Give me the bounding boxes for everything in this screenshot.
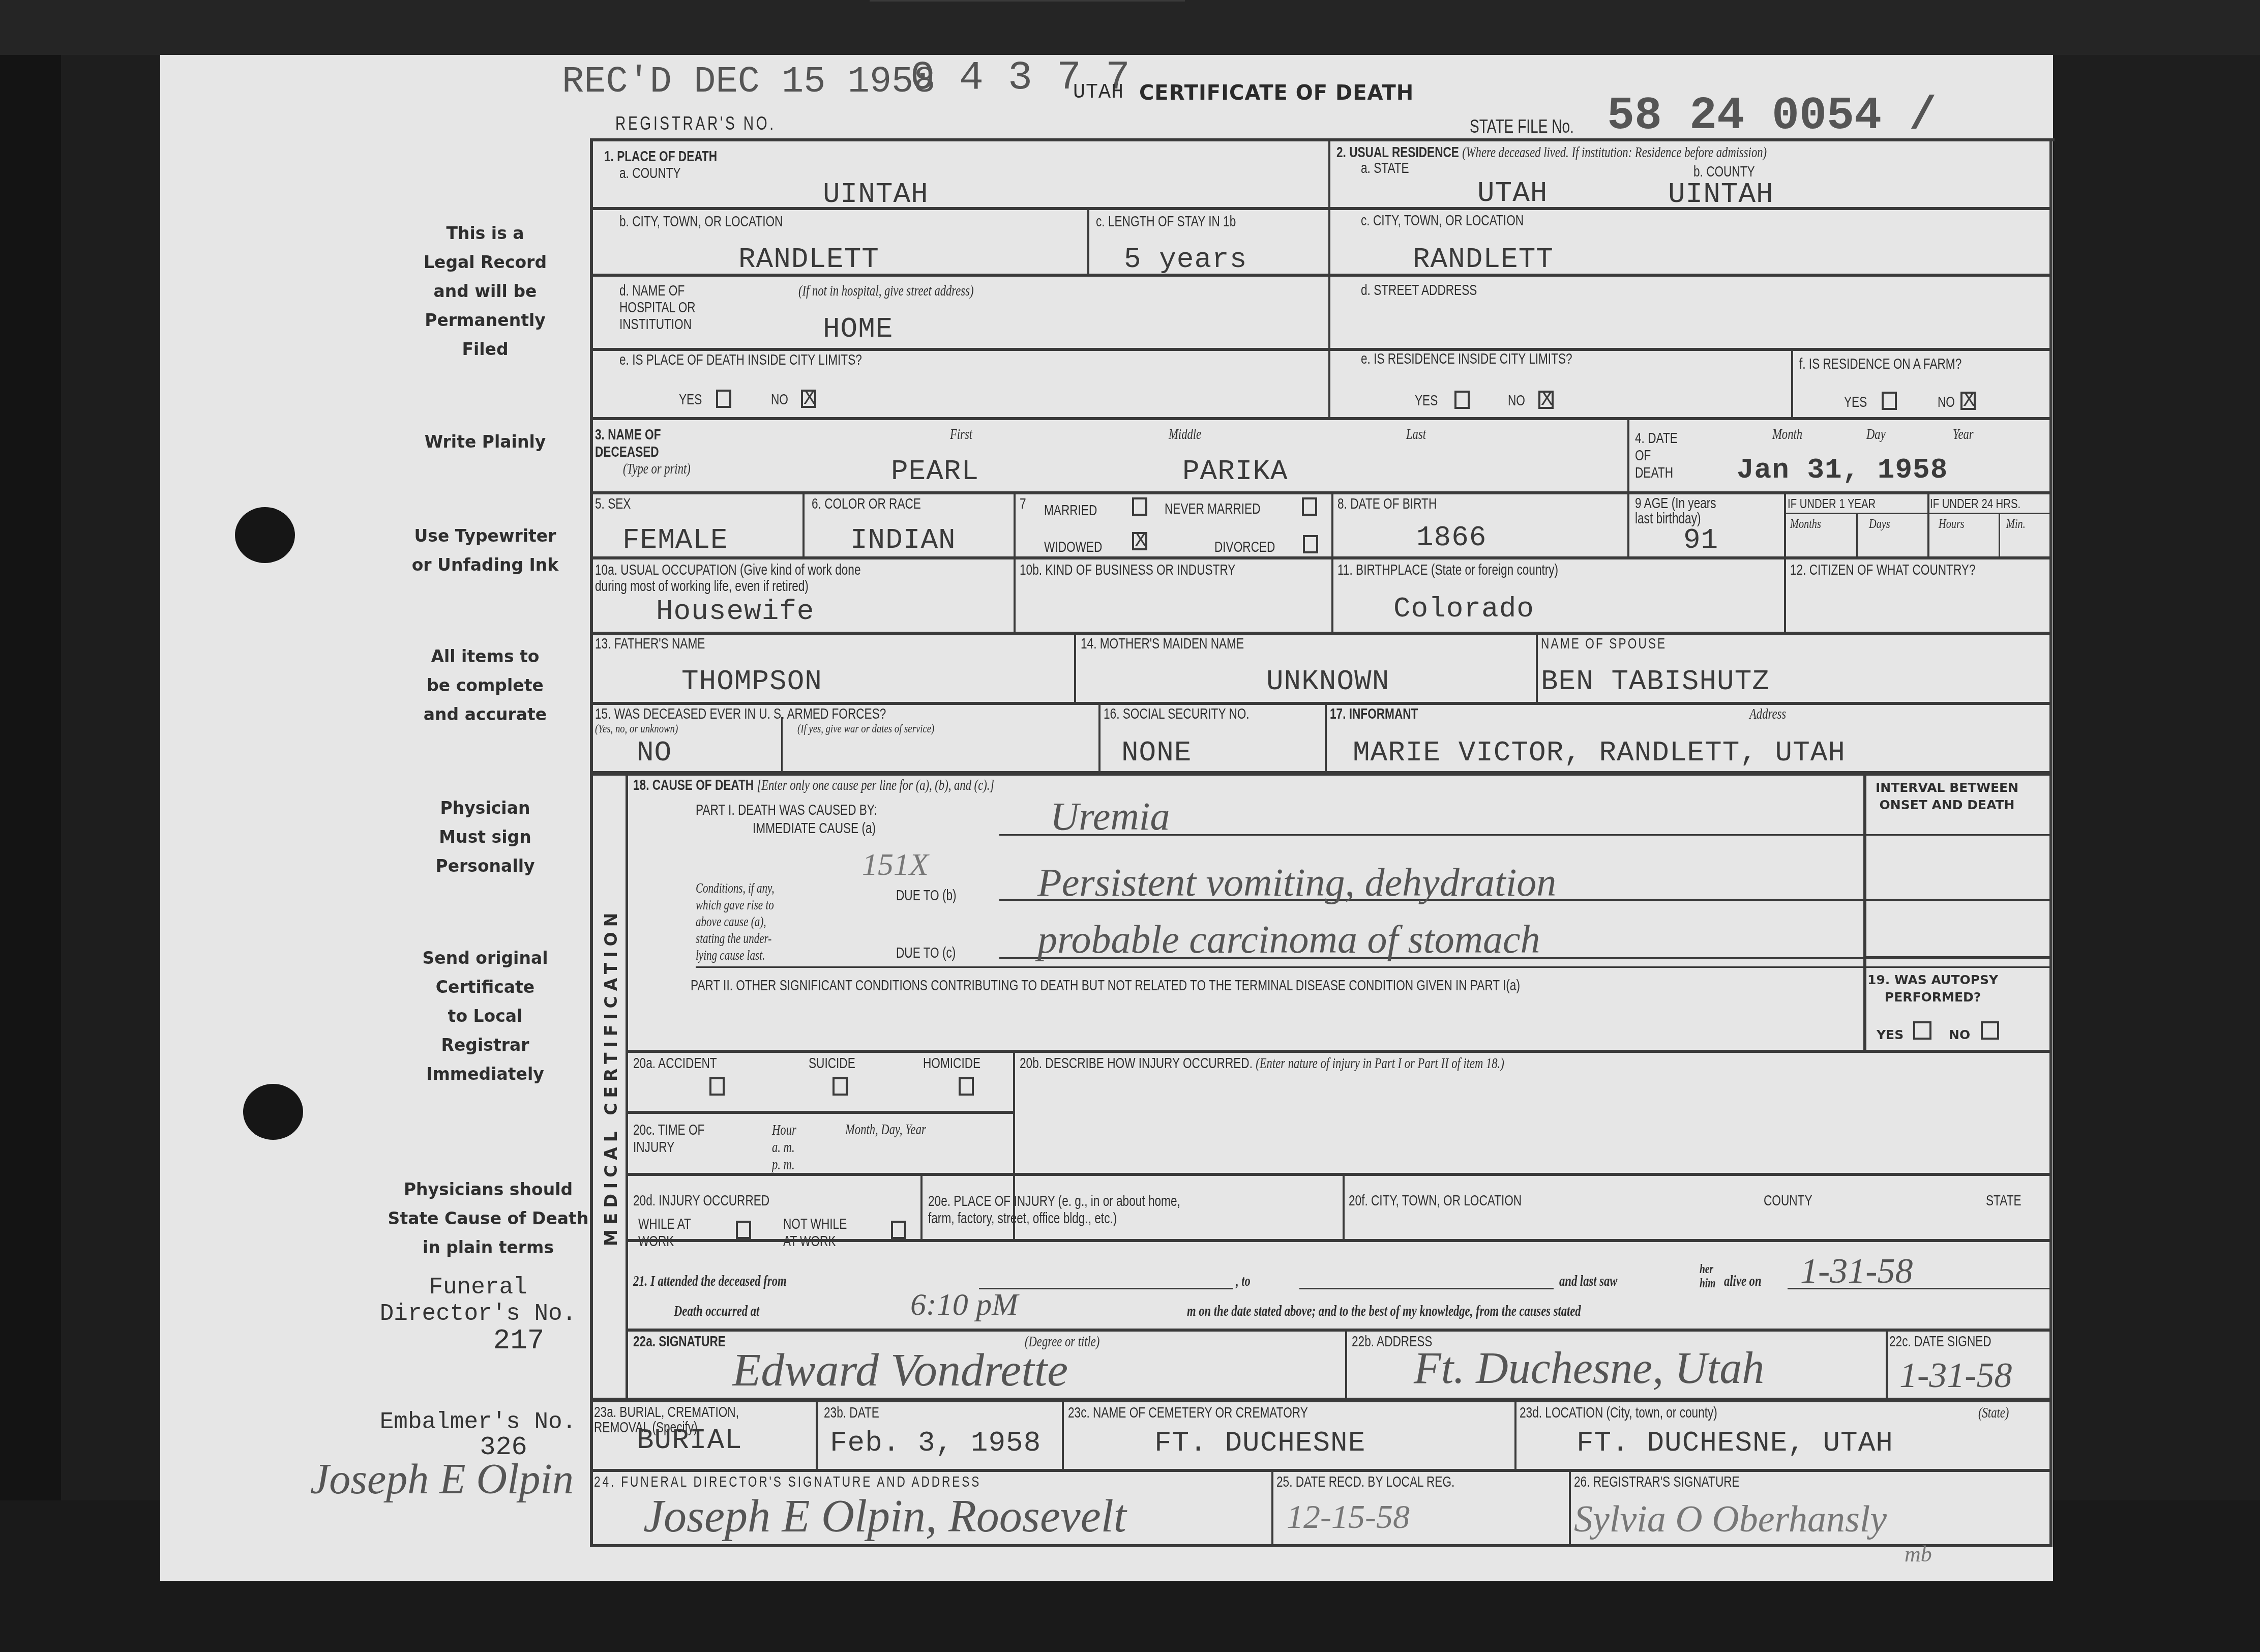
interval-label: INTERVAL BETWEEN ONSET AND DEATH bbox=[1876, 779, 2018, 814]
type-or-print-note: (Type or print) bbox=[623, 461, 691, 478]
burial-state-label: (State) bbox=[1978, 1405, 2009, 1422]
father-name: THOMPSON bbox=[681, 665, 822, 698]
row-line bbox=[626, 1239, 2053, 1242]
homicide-checkbox[interactable] bbox=[959, 1077, 974, 1096]
res-city-label: c. CITY, TOWN, OR LOCATION bbox=[1361, 213, 1524, 229]
part-1-label: PART I. DEATH WAS CAUSED BY: bbox=[696, 802, 877, 819]
note-physician-sign: Physician Must sign Personally bbox=[383, 793, 587, 880]
father-label: 13. FATHER'S NAME bbox=[595, 636, 705, 653]
divider bbox=[1569, 1469, 1571, 1545]
death-occurred-text: m on the date stated above; and to the b… bbox=[1187, 1303, 1581, 1320]
attended-text-2: , to bbox=[1236, 1273, 1251, 1290]
divider bbox=[1345, 1329, 1347, 1400]
date-of-death-label: 4. DATE OF DEATH bbox=[1635, 430, 1678, 482]
signature-label: 22a. SIGNATURE bbox=[633, 1334, 726, 1350]
time-of-injury-label: 20c. TIME OF INJURY bbox=[633, 1122, 704, 1156]
interval-divider bbox=[1863, 773, 1866, 1053]
age: 91 bbox=[1683, 524, 1718, 556]
divider bbox=[1999, 513, 2000, 556]
divider bbox=[1627, 491, 1629, 556]
row-line bbox=[590, 771, 2053, 776]
days-label: Days bbox=[1869, 516, 1890, 532]
row-line bbox=[590, 556, 2053, 559]
date-received-label: 25. DATE RECD. BY LOCAL REG. bbox=[1276, 1474, 1454, 1491]
spouse-label: NAME OF SPOUSE bbox=[1541, 636, 1667, 653]
divider bbox=[816, 1400, 818, 1471]
sex-label: 5. SEX bbox=[595, 496, 631, 513]
social-security-no: NONE bbox=[1121, 736, 1192, 769]
never-married-label: NEVER MARRIED bbox=[1165, 501, 1261, 518]
no-label: NO bbox=[1508, 393, 1525, 409]
autopsy-no-label: NO bbox=[1949, 1027, 1970, 1042]
immediate-cause: Uremia bbox=[1050, 793, 1170, 839]
title-prefix: UTAH bbox=[1073, 81, 1124, 104]
cemetery-label: 23c. NAME OF CEMETERY OR CREMATORY bbox=[1068, 1405, 1308, 1422]
due-to-b: Persistent vomiting, dehydration bbox=[1037, 860, 1556, 905]
death-time: 6:10 pM bbox=[910, 1287, 1018, 1323]
death-city-limits-yes-checkbox[interactable] bbox=[716, 390, 731, 408]
first-label: First bbox=[950, 426, 972, 443]
row-line bbox=[626, 1050, 2053, 1053]
injury-occurred-label: 20d. INJURY OCCURRED bbox=[633, 1193, 769, 1209]
armed-forces-note-2: (If yes, give war or dates of service) bbox=[797, 722, 934, 736]
date-signed: 1-31-58 bbox=[1899, 1355, 2012, 1396]
first-name: PEARL bbox=[891, 455, 979, 488]
cemetery-name: FT. DUCHESNE bbox=[1154, 1427, 1365, 1459]
accident-label: 20a. ACCIDENT bbox=[633, 1055, 717, 1072]
divider bbox=[1927, 491, 1929, 556]
res-state-label: a. STATE bbox=[1361, 160, 1409, 177]
divider bbox=[1343, 1173, 1345, 1239]
note-write-plainly: Write Plainly bbox=[383, 427, 587, 456]
birthplace: Colorado bbox=[1393, 593, 1534, 625]
suicide-checkbox[interactable] bbox=[832, 1077, 848, 1096]
injury-state-label: STATE bbox=[1986, 1193, 2021, 1209]
form-border-bottom bbox=[590, 1544, 2053, 1547]
place-of-injury-label: 20e. PLACE OF INJURY (e. g., in or about… bbox=[928, 1193, 1180, 1227]
hospital-name: HOME bbox=[823, 313, 893, 345]
hours-label: Hours bbox=[1939, 516, 1965, 532]
suicide-label: SUICIDE bbox=[809, 1055, 855, 1072]
not-while-at-work-label: NOT WHILE AT WORK bbox=[783, 1216, 847, 1250]
divider bbox=[1514, 1400, 1516, 1471]
registrar-signature-label: 26. REGISTRAR'S SIGNATURE bbox=[1574, 1474, 1740, 1491]
divorced-checkbox[interactable] bbox=[1303, 535, 1318, 553]
death-city-limits-no-checkbox[interactable] bbox=[801, 390, 816, 408]
divider bbox=[781, 717, 783, 773]
row-line bbox=[1784, 513, 2053, 514]
res-city-limits-label: e. IS RESIDENCE INSIDE CITY LIMITS? bbox=[1361, 351, 1572, 368]
yes-label: YES bbox=[679, 392, 702, 408]
cause-code-mark: 151X bbox=[862, 847, 929, 883]
divider bbox=[1331, 556, 1333, 634]
autopsy-yes-checkbox[interactable] bbox=[1913, 1021, 1931, 1040]
row-line bbox=[626, 1173, 2053, 1176]
row-line bbox=[590, 491, 2053, 494]
homicide-label: HOMICIDE bbox=[923, 1055, 980, 1072]
burial-location: FT. DUCHESNE, UTAH bbox=[1577, 1427, 1893, 1459]
armed-forces-label: 15. WAS DECEASED EVER IN U. S. ARMED FOR… bbox=[595, 706, 886, 723]
month-day-year-label: Month, Day, Year bbox=[845, 1122, 926, 1138]
divider bbox=[1784, 556, 1786, 634]
injury-desc-label: 20b. DESCRIBE HOW INJURY OCCURRED. (Ente… bbox=[1020, 1055, 1504, 1072]
row-line bbox=[590, 417, 2053, 420]
row-line bbox=[590, 1398, 2053, 1402]
under-1-year-label: IF UNDER 1 YEAR bbox=[1788, 496, 1876, 512]
last-label: Last bbox=[1406, 426, 1426, 443]
funeral-director-no: 217 bbox=[442, 1327, 595, 1354]
res-street-label: d. STREET ADDRESS bbox=[1361, 282, 1477, 299]
farm-yes-checkbox[interactable] bbox=[1882, 392, 1897, 410]
city-label: b. CITY, TOWN, OR LOCATION bbox=[619, 214, 783, 230]
farm-label: f. IS RESIDENCE ON A FARM? bbox=[1799, 356, 1961, 373]
autopsy-no-checkbox[interactable] bbox=[1981, 1021, 1999, 1040]
death-city: RANDLETT bbox=[738, 243, 879, 276]
part-2-label: PART II. OTHER SIGNIFICANT CONDITIONS CO… bbox=[691, 978, 1520, 994]
punch-hole-bottom bbox=[243, 1084, 303, 1140]
middle-label: Middle bbox=[1169, 426, 1201, 443]
burial-date: Feb. 3, 1958 bbox=[830, 1427, 1041, 1459]
divider bbox=[802, 491, 805, 556]
divider bbox=[1271, 1469, 1273, 1545]
death-city-limits-label: e. IS PLACE OF DEATH INSIDE CITY LIMITS? bbox=[619, 352, 862, 369]
length-of-stay: 5 years bbox=[1124, 243, 1247, 276]
res-county: UINTAH bbox=[1668, 178, 1774, 211]
form-border-top bbox=[590, 138, 2055, 141]
row-line bbox=[1863, 956, 2053, 958]
widowed-checkbox[interactable] bbox=[1132, 532, 1147, 550]
cause-of-death-label: 18. CAUSE OF DEATH [Enter only one cause… bbox=[633, 777, 994, 794]
ssn-label: 16. SOCIAL SECURITY NO. bbox=[1104, 706, 1250, 723]
state-file-number: 58 24 0054 / bbox=[1607, 91, 1937, 142]
row-line bbox=[590, 632, 2053, 635]
day-label: Day bbox=[1866, 426, 1886, 443]
armed-forces-note-1: (Yes, no, or unknown) bbox=[595, 722, 678, 736]
certificate-title: CERTIFICATE OF DEATH bbox=[1139, 81, 1414, 105]
funeral-director-label: 24. FUNERAL DIRECTOR'S SIGNATURE AND ADD… bbox=[594, 1474, 981, 1491]
res-city-limits-yes-checkbox[interactable] bbox=[1454, 391, 1470, 409]
note-send-original: Send original Certificate to Local Regis… bbox=[383, 943, 587, 1088]
mother-name: UNKNOWN bbox=[1266, 665, 1389, 698]
embalmer-signature: Joseph E Olpin bbox=[310, 1455, 574, 1504]
spouse-name: BEN TABISHUTZ bbox=[1541, 665, 1770, 698]
date-of-death: Jan 31, 1958 bbox=[1737, 454, 1948, 486]
row-line bbox=[1863, 966, 2053, 968]
mother-label: 14. MOTHER'S MAIDEN NAME bbox=[1081, 636, 1244, 653]
row-line bbox=[1863, 899, 2053, 901]
conditions-note: Conditions, if any, which gave rise to a… bbox=[696, 880, 774, 964]
divider bbox=[1062, 1400, 1064, 1471]
divider bbox=[1886, 1329, 1888, 1400]
divider bbox=[1331, 491, 1333, 556]
res-state: UTAH bbox=[1477, 177, 1548, 210]
armed-forces: NO bbox=[637, 736, 672, 769]
under-24-hrs-label: IF UNDER 24 HRS. bbox=[1930, 496, 2020, 512]
county-label: a. COUNTY bbox=[619, 165, 681, 182]
marital-label: 7 bbox=[1020, 496, 1026, 513]
divider bbox=[1856, 513, 1858, 556]
due-to-c-label: DUE TO (c) bbox=[896, 945, 956, 962]
hospital-note: (If not in hospital, give street address… bbox=[798, 283, 973, 300]
funeral-director-no-label: Funeral Director's No. bbox=[356, 1274, 600, 1327]
married-label: MARRIED bbox=[1044, 503, 1097, 519]
res-city-limits-no-checkbox[interactable] bbox=[1538, 391, 1554, 409]
attended-text-1: 21. I attended the deceased from bbox=[633, 1273, 787, 1290]
registrar-no-label: REGISTRAR'S NO. bbox=[615, 113, 776, 134]
burial-date-label: 23b. DATE bbox=[824, 1405, 879, 1422]
embalmer-no-label: Embalmer's No. bbox=[356, 1409, 600, 1435]
stay-label: c. LENGTH OF STAY IN 1b bbox=[1096, 214, 1236, 230]
note-typewriter: Use Typewriter or Unfading Ink bbox=[383, 521, 587, 579]
hour-label: Hour a. m. p. m. bbox=[772, 1122, 796, 1173]
date-signed-label: 22c. DATE SIGNED bbox=[1889, 1334, 1991, 1350]
due-to-c: probable carcinoma of stomach bbox=[1037, 917, 1540, 962]
injury-city-label: 20f. CITY, TOWN, OR LOCATION bbox=[1349, 1193, 1522, 1209]
no-label: NO bbox=[771, 392, 788, 408]
funeral-director-signature: Joseph E Olpin, Roosevelt bbox=[643, 1490, 1126, 1543]
place-of-death-label: 1. PLACE OF DEATH bbox=[604, 149, 717, 165]
never-married-checkbox[interactable] bbox=[1302, 497, 1317, 516]
note-complete: All items to be complete and accurate bbox=[383, 642, 587, 729]
punch-hole-top bbox=[235, 507, 295, 563]
her-him-label: her him bbox=[1700, 1262, 1715, 1291]
accident-checkbox[interactable] bbox=[709, 1077, 725, 1096]
row-line bbox=[590, 348, 2053, 351]
date-received: 12-15-58 bbox=[1287, 1498, 1410, 1537]
row-line bbox=[590, 1469, 2053, 1472]
row-line bbox=[590, 207, 2053, 210]
name-of-deceased-label: 3. NAME OF DECEASED bbox=[595, 426, 661, 461]
row-line bbox=[626, 1329, 2053, 1332]
injury-county-label: COUNTY bbox=[1764, 1193, 1812, 1209]
immediate-cause-label: IMMEDIATE CAUSE (a) bbox=[753, 820, 876, 837]
divider-stay bbox=[1087, 207, 1089, 274]
dob-label: 8. DATE OF BIRTH bbox=[1337, 496, 1437, 513]
row-line bbox=[590, 702, 2053, 705]
received-stamp: REC'D DEC 15 1958 bbox=[562, 61, 936, 103]
physician-signature: Edward Vondrette bbox=[732, 1343, 1068, 1397]
note-legal-record: This is a Legal Record and will be Perma… bbox=[383, 219, 587, 364]
medical-certification-label: MEDICAL CERTIFICATION bbox=[601, 908, 621, 1246]
divider bbox=[1784, 491, 1786, 556]
scanner-edge-left bbox=[0, 0, 61, 1652]
birthplace-label: 11. BIRTHPLACE (State or foreign country… bbox=[1337, 562, 1558, 579]
scanner-edge-top bbox=[0, 0, 2260, 55]
hospital-label: d. NAME OF HOSPITAL OR INSTITUTION bbox=[619, 283, 696, 333]
divider bbox=[920, 1173, 923, 1239]
divider-date-of-death bbox=[1627, 417, 1629, 491]
divider bbox=[1325, 702, 1327, 773]
yes-label: YES bbox=[1844, 394, 1867, 411]
autopsy-yes-label: YES bbox=[1877, 1027, 1904, 1042]
attended-text-3: and last saw bbox=[1559, 1273, 1617, 1290]
widowed-label: WIDOWED bbox=[1044, 539, 1102, 556]
death-time-line bbox=[870, 0, 1185, 2]
burial-location-label: 23d. LOCATION (City, town, or county) bbox=[1520, 1405, 1717, 1422]
res-city: RANDLETT bbox=[1413, 243, 1554, 276]
divider bbox=[1536, 632, 1538, 704]
row-line bbox=[626, 1111, 1013, 1114]
farm-no-checkbox[interactable] bbox=[1960, 392, 1976, 410]
row-line bbox=[1863, 834, 2053, 836]
citizen-label: 12. CITIZEN OF WHAT COUNTRY? bbox=[1790, 562, 1975, 579]
date-of-birth: 1866 bbox=[1416, 521, 1486, 554]
registrar-signature: Sylvia O Oberhansly bbox=[1574, 1498, 1887, 1541]
attended-to-line bbox=[1299, 1288, 1554, 1289]
divider bbox=[1014, 556, 1016, 634]
informant-label: 17. INFORMANT bbox=[1330, 706, 1418, 723]
death-occurred-label: Death occurred at bbox=[674, 1303, 759, 1320]
usual-residence-label: 2. USUAL RESIDENCE (Where deceased lived… bbox=[1336, 144, 1767, 161]
race-label: 6. COLOR OR RACE bbox=[812, 496, 921, 513]
state-file-label: STATE FILE No. bbox=[1470, 116, 1574, 137]
registrar-initials: mb bbox=[1905, 1541, 1932, 1567]
no-label: NO bbox=[1938, 394, 1955, 411]
race: INDIAN bbox=[850, 524, 956, 556]
while-at-work-label: WHILE AT WORK bbox=[638, 1216, 691, 1250]
year-label: Year bbox=[1953, 426, 1974, 443]
occupation: Housewife bbox=[656, 595, 814, 628]
informant: MARIE VICTOR, RANDLETT, UTAH bbox=[1353, 736, 1846, 769]
line-part-2 bbox=[696, 966, 2053, 968]
autopsy-label: 19. WAS AUTOPSY PERFORMED? bbox=[1867, 971, 1998, 1006]
divider bbox=[1014, 491, 1016, 556]
divider-place-residence bbox=[1328, 138, 1330, 417]
burial-method: BURIAL bbox=[637, 1424, 742, 1457]
min-label: Min. bbox=[2006, 516, 2026, 532]
occupation-label: 10a. USUAL OCCUPATION (Give kind of work… bbox=[595, 562, 861, 595]
months-label: Months bbox=[1790, 516, 1821, 532]
medical-side-divider bbox=[626, 773, 628, 1401]
month-label: Month bbox=[1772, 426, 1802, 443]
last-seen-alive-date: 1-31-58 bbox=[1800, 1251, 1913, 1292]
death-county: UINTAH bbox=[823, 178, 929, 211]
age-label: 9 AGE (In years last birthday) bbox=[1635, 496, 1716, 526]
business-label: 10b. KIND OF BUSINESS OR INDUSTRY bbox=[1020, 562, 1235, 579]
not-while-at-work-checkbox[interactable] bbox=[891, 1221, 906, 1239]
married-checkbox[interactable] bbox=[1132, 497, 1147, 516]
middle-name: PARIKA bbox=[1182, 455, 1288, 488]
note-plain-terms: Physicians should State Cause of Death i… bbox=[376, 1175, 600, 1262]
divider-farm bbox=[1791, 348, 1793, 417]
address-label: Address bbox=[1749, 706, 1786, 723]
divider bbox=[1074, 632, 1076, 704]
yes-label: YES bbox=[1415, 393, 1438, 409]
divorced-label: DIVORCED bbox=[1214, 539, 1275, 556]
divider bbox=[1098, 702, 1101, 773]
sex: FEMALE bbox=[622, 524, 728, 556]
alive-on-label: alive on bbox=[1724, 1273, 1762, 1290]
due-to-b-label: DUE TO (b) bbox=[896, 888, 957, 904]
while-at-work-checkbox[interactable] bbox=[736, 1221, 751, 1239]
physician-address: Ft. Duchesne, Utah bbox=[1414, 1343, 1764, 1394]
